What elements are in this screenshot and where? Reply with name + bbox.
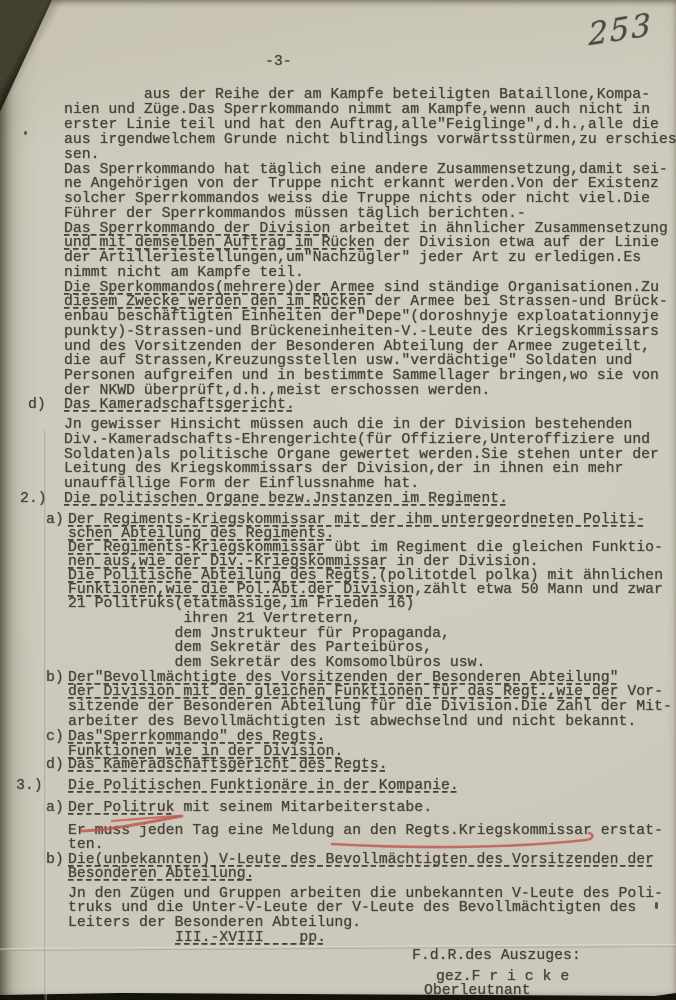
text-line: Der Politruk mit seinem Mitarbeiterstabe… bbox=[68, 801, 432, 816]
list-marker: b) bbox=[46, 853, 64, 868]
text-segment: sitzende der Besonderen Abteilung für di… bbox=[68, 699, 672, 715]
text-segment: dem Sekretär des Komsomolbüros usw. bbox=[68, 655, 485, 671]
text-segment: arbeiter des Bevollmächtigten ist abwech… bbox=[68, 714, 636, 730]
underlined-text-segment: und mit demselben Auftrag im Rücken bbox=[64, 235, 375, 251]
text-line: Das Kameradschaftsgericht des Regts. bbox=[68, 758, 388, 773]
text-segment: truks und die Unter-V-Leute der V-Leute … bbox=[68, 900, 636, 916]
text-segment: Leiters der Besonderen Abteilung. bbox=[68, 915, 361, 931]
text-line: F.d.R.des Auszuges: bbox=[412, 949, 581, 964]
text-segment: aus der Reihe der am Kampfe beteiligten … bbox=[64, 87, 650, 103]
text-segment: 21 Politruks(etatmässige,im Frieden 16) bbox=[68, 596, 414, 612]
underlined-text-segment: Das Kameradschaftsgericht des Regts. bbox=[68, 757, 388, 773]
underlined-text-segment: III.-XVIII pp. bbox=[175, 930, 326, 946]
text-segment: ihren 21 Vertretern, bbox=[68, 611, 361, 627]
text-line: und mit demselben Auftrag im Rücken der … bbox=[64, 236, 659, 251]
list-marker: a) bbox=[46, 513, 64, 528]
text-segment: unauffällige Form der Einflussnahme hat. bbox=[64, 476, 419, 492]
text-segment: Leitung des Kriegskommissars der Divisio… bbox=[64, 461, 623, 477]
text-segment: ten. bbox=[68, 837, 104, 853]
text-line: Das Kameradschaftsgericht. bbox=[64, 398, 295, 413]
text-line: ten. bbox=[68, 838, 104, 853]
text-segment: der Artilleriestellungen,um"Nachzügler" … bbox=[64, 250, 641, 266]
text-line: Das"Sperrkommando" des Regts. bbox=[68, 730, 326, 745]
text-line: Leiters der Besonderen Abteilung. bbox=[68, 916, 361, 931]
text-segment: der Division etwa auf der Linie bbox=[375, 235, 659, 251]
text-line: Besonderen Abteilung. bbox=[68, 867, 254, 882]
text-line: -3- bbox=[265, 55, 292, 70]
list-marker: a) bbox=[46, 801, 64, 816]
text-segment: enbau beschäftigten Einheiten der"Depe"(… bbox=[64, 309, 659, 325]
text-line: truks und die Unter-V-Leute der V-Leute … bbox=[68, 901, 636, 916]
text-line: dem Sekretär des Komsomolbüros usw. bbox=[68, 656, 485, 671]
text-segment: punkty)-Strassen-und Brückeneinheiten-V.… bbox=[64, 324, 659, 340]
text-segment: ne Angehörigen von der Truppe nicht erka… bbox=[64, 176, 659, 192]
text-segment: dem Sekretär des Parteibüros, bbox=[68, 640, 432, 656]
underlined-text-segment: Die politischen Organe bezw.Jnstanzen im… bbox=[64, 491, 508, 507]
text-segment: nimmt nicht am Kampfe teil. bbox=[64, 265, 304, 281]
text-line: aus der Reihe der am Kampfe beteiligten … bbox=[64, 88, 650, 103]
text-line: 21 Politruks(etatmässige,im Frieden 16) bbox=[68, 597, 414, 612]
text-line: Er muss jeden Tag eine Meldung an den Re… bbox=[68, 824, 663, 839]
list-marker: d) bbox=[28, 398, 46, 413]
text-line: Die Politischen Funktionäre in der Kompa… bbox=[68, 779, 459, 794]
underlined-text-segment: diesem Zwecke werden den im Rücken bbox=[64, 294, 366, 310]
text-line: dem Sekretär des Parteibüros, bbox=[68, 641, 432, 656]
list-marker: 2.) bbox=[20, 492, 47, 507]
text-line: Div.-Kameradschafts-Ehrengerichte(für Of… bbox=[64, 433, 650, 448]
text-line: enbau beschäftigten Einheiten der"Depe"(… bbox=[64, 310, 659, 325]
text-segment: Vor- bbox=[619, 684, 663, 700]
text-segment: mit seinem Mitarbeiterstabe. bbox=[175, 800, 433, 816]
text-segment: erster Linie teil und hat den Auftrag,al… bbox=[64, 117, 659, 133]
text-line: ihren 21 Vertretern, bbox=[68, 612, 361, 627]
text-line: erster Linie teil und hat den Auftrag,al… bbox=[64, 118, 659, 133]
text-segment: Oberleutnant bbox=[424, 983, 531, 999]
list-marker: b) bbox=[46, 671, 64, 686]
text-line: Personen aufgreifen und in bestimmte Sam… bbox=[64, 369, 659, 384]
text-line: sitzende der Besonderen Abteilung für di… bbox=[68, 700, 672, 715]
text-line: die auf Strassen,Kreuzungsstellen usw."v… bbox=[64, 354, 632, 369]
text-line: der Artilleriestellungen,um"Nachzügler" … bbox=[64, 251, 641, 266]
text-segment: sen. bbox=[64, 147, 100, 163]
text-line: aus irgendwelchem Grunde nicht blindling… bbox=[64, 133, 676, 148]
text-segment: Jn gewisser Hinsicht müssen auch die in … bbox=[64, 417, 632, 433]
text-segment: Er muss jeden Tag eine Meldung an den Re… bbox=[68, 823, 663, 839]
text-segment: F.d.R.des Auszuges: bbox=[412, 948, 581, 964]
underlined-text-segment: Besonderen Abteilung. bbox=[68, 866, 254, 882]
underlined-text-segment: der Division mit den gleichen Funktionen… bbox=[68, 684, 619, 700]
text-line: Die politischen Organe bezw.Jnstanzen im… bbox=[64, 492, 508, 507]
text-line: nien und Züge.Das Sperrkommando nimmt am… bbox=[64, 103, 650, 118]
text-line: Jn gewisser Hinsicht müssen auch die in … bbox=[64, 418, 632, 433]
underlined-text-segment: Das Kameradschaftsgericht. bbox=[64, 397, 295, 413]
text-line: diesem Zwecke werden den im Rücken der A… bbox=[64, 295, 668, 310]
list-marker: c) bbox=[46, 730, 64, 745]
text-line: der Division mit den gleichen Funktionen… bbox=[68, 685, 663, 700]
underlined-text-segment: Die Politischen Funktionäre in der Kompa… bbox=[68, 778, 459, 794]
text-line: Führer der Sperrkommandos müssen täglich… bbox=[64, 207, 526, 222]
text-line: unauffällige Form der Einflussnahme hat. bbox=[64, 477, 419, 492]
text-segment: der Armee bei Strassen-und Brück- bbox=[366, 294, 668, 310]
underlined-text-segment: Das"Sperrkommando" des Regts. bbox=[68, 729, 326, 745]
text-line: punkty)-Strassen-und Brückeneinheiten-V.… bbox=[64, 325, 659, 340]
text-line: Leitung des Kriegskommissars der Divisio… bbox=[64, 462, 623, 477]
text-segment: nien und Züge.Das Sperrkommando nimmt am… bbox=[64, 102, 650, 118]
text-line: Oberleutnant bbox=[424, 984, 531, 999]
list-marker: d) bbox=[46, 758, 64, 773]
text-segment: -3- bbox=[265, 54, 292, 70]
list-marker: 3.) bbox=[16, 779, 43, 794]
typewritten-text-layer: -3- aus der Reihe der am Kampfe beteilig… bbox=[0, 0, 676, 1000]
text-segment: Führer der Sperrkommandos müssen täglich… bbox=[64, 206, 526, 222]
underlined-text-segment: Der Politruk bbox=[68, 800, 175, 816]
text-line: nimmt nicht am Kampfe teil. bbox=[64, 266, 304, 281]
text-line: solcher Sperrkommandos weiss die Truppe … bbox=[64, 192, 650, 207]
text-line: ne Angehörigen von der Truppe nicht erka… bbox=[64, 177, 659, 192]
text-line: sen. bbox=[64, 148, 100, 163]
text-segment: aus irgendwelchem Grunde nicht blindling… bbox=[64, 132, 676, 148]
text-segment: Div.-Kameradschafts-Ehrengerichte(für Of… bbox=[64, 432, 650, 448]
text-line: III.-XVIII pp. bbox=[175, 931, 326, 946]
text-segment: solcher Sperrkommandos weiss die Truppe … bbox=[64, 191, 650, 207]
text-segment: Personen aufgreifen und in bestimmte Sam… bbox=[64, 368, 659, 384]
text-segment: die auf Strassen,Kreuzungsstellen usw."v… bbox=[64, 353, 632, 369]
text-line: arbeiter des Bevollmächtigten ist abwech… bbox=[68, 715, 636, 730]
text-segment: ,zählt etwa 50 Mann und zwar bbox=[414, 582, 663, 598]
